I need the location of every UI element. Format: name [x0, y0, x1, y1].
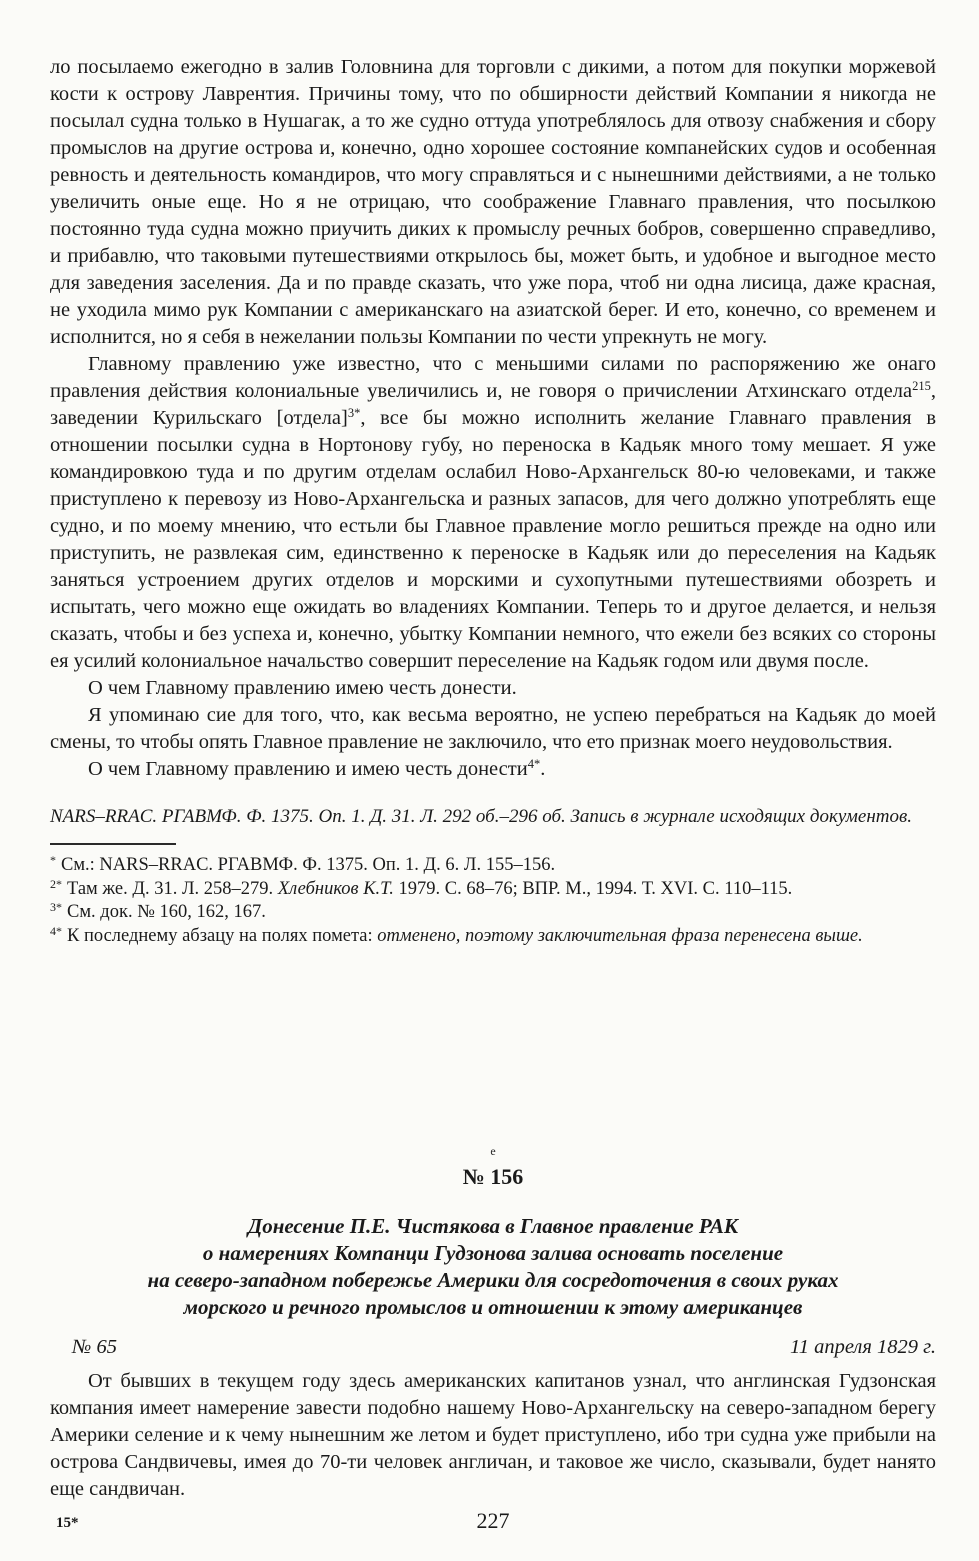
- text-run: 1979. С. 68–76; ВПР. М., 1994. Т. XVI. С…: [394, 879, 792, 899]
- document-title-line: на северо-западном побережье Америки для…: [50, 1267, 936, 1294]
- footnote-marker: *: [50, 853, 56, 867]
- archive-reference: NARS–RRAC. РГАВМФ. Ф. 1375. Оп. 1. Д. 31…: [50, 805, 936, 829]
- text-run: См.: NARS–RRAC. РГАВМФ. Ф. 1375. Оп. 1. …: [61, 855, 555, 875]
- footnote: 3*См. док. № 160, 162, 167.: [50, 901, 936, 925]
- footnote: *См.: NARS–RRAC. РГАВМФ. Ф. 1375. Оп. 1.…: [50, 854, 936, 878]
- footnotes-block: *См.: NARS–RRAC. РГАВМФ. Ф. 1375. Оп. 1.…: [50, 854, 936, 948]
- paragraph: От бывших в текущем году здесь американс…: [50, 1368, 936, 1503]
- paragraph: Главному правлению уже известно, что с м…: [50, 351, 936, 675]
- page-footer: 15* 227: [50, 1508, 936, 1538]
- text-run: О чем Главному правлению и имею честь до…: [88, 758, 528, 780]
- footnote: 4*К последнему абзацу на полях помета: о…: [50, 925, 936, 949]
- text-run: отменено, поэтому заключительная фраза п…: [377, 926, 862, 946]
- paragraph: Я упоминаю сие для того, что, как весьма…: [50, 702, 936, 756]
- text-run: О чем Главному правлению имею честь доне…: [88, 677, 517, 699]
- paragraph: О чем Главному правлению и имею честь до…: [50, 756, 936, 783]
- document-date: 11 апреля 1829 г.: [790, 1335, 936, 1360]
- text-run: Хлебников К.Т.: [278, 879, 394, 899]
- document-title-line: морского и речного промыслов и отношении…: [50, 1294, 936, 1321]
- footnote-reference: 3*: [348, 406, 361, 420]
- text-run: ло посылаемо ежегодно в залив Головнина …: [50, 56, 936, 348]
- text-run: .: [540, 758, 545, 780]
- footnote-marker: 4*: [50, 924, 62, 938]
- page-number: 227: [50, 1508, 936, 1534]
- document-number: № 156: [50, 1164, 936, 1189]
- text-run: От бывших в текущем году здесь американс…: [50, 1370, 936, 1500]
- scanned-book-page: ло посылаемо ежегодно в залив Головнина …: [0, 0, 979, 1561]
- text-run: К последнему абзацу на полях помета:: [67, 926, 377, 946]
- letter-text-block: От бывших в текущем году здесь американс…: [50, 1368, 936, 1503]
- paragraph: ло посылаемо ежегодно в залив Головнина …: [50, 54, 936, 351]
- footnote-divider: [50, 843, 176, 845]
- text-run: Там же. Д. 31. Л. 258–279.: [67, 879, 278, 899]
- letter-paragraphs: От бывших в текущем году здесь американс…: [50, 1368, 936, 1503]
- text-run: См. док. № 160, 162, 167.: [67, 902, 266, 922]
- text-run: Я упоминаю сие для того, что, как весьма…: [50, 704, 936, 753]
- document-title-line: Донесение П.Е. Чистякова в Главное правл…: [50, 1213, 936, 1240]
- document-meta-line: № 65 11 апреля 1829 г.: [50, 1335, 936, 1360]
- printer-signature: 15*: [56, 1516, 79, 1531]
- footnote-marker: 2*: [50, 877, 62, 891]
- footnote-marker: 3*: [50, 900, 62, 914]
- footnote-reference: 215: [912, 379, 931, 393]
- scan-artifact: е: [50, 1146, 936, 1156]
- text-run: , все бы можно исполнить желание Главнаг…: [50, 407, 936, 672]
- footnote-reference: 4*: [528, 757, 541, 771]
- footnote: 2*Там же. Д. 31. Л. 258–279. Хлебников К…: [50, 878, 936, 902]
- main-text-block: ло посылаемо ежегодно в залив Головнина …: [50, 54, 936, 948]
- document-title: Донесение П.Е. Чистякова в Главное правл…: [50, 1213, 936, 1321]
- body-paragraphs: ло посылаемо ежегодно в залив Головнина …: [50, 54, 936, 783]
- document-title-line: о намерениях Компанци Гудзонова залива о…: [50, 1240, 936, 1267]
- outgoing-number: № 65: [72, 1335, 117, 1360]
- text-run: Главному правлению уже известно, что с м…: [50, 353, 936, 402]
- paragraph: О чем Главному правлению имею честь доне…: [50, 675, 936, 702]
- document-header: е № 156 Донесение П.Е. Чистякова в Главн…: [50, 1146, 936, 1360]
